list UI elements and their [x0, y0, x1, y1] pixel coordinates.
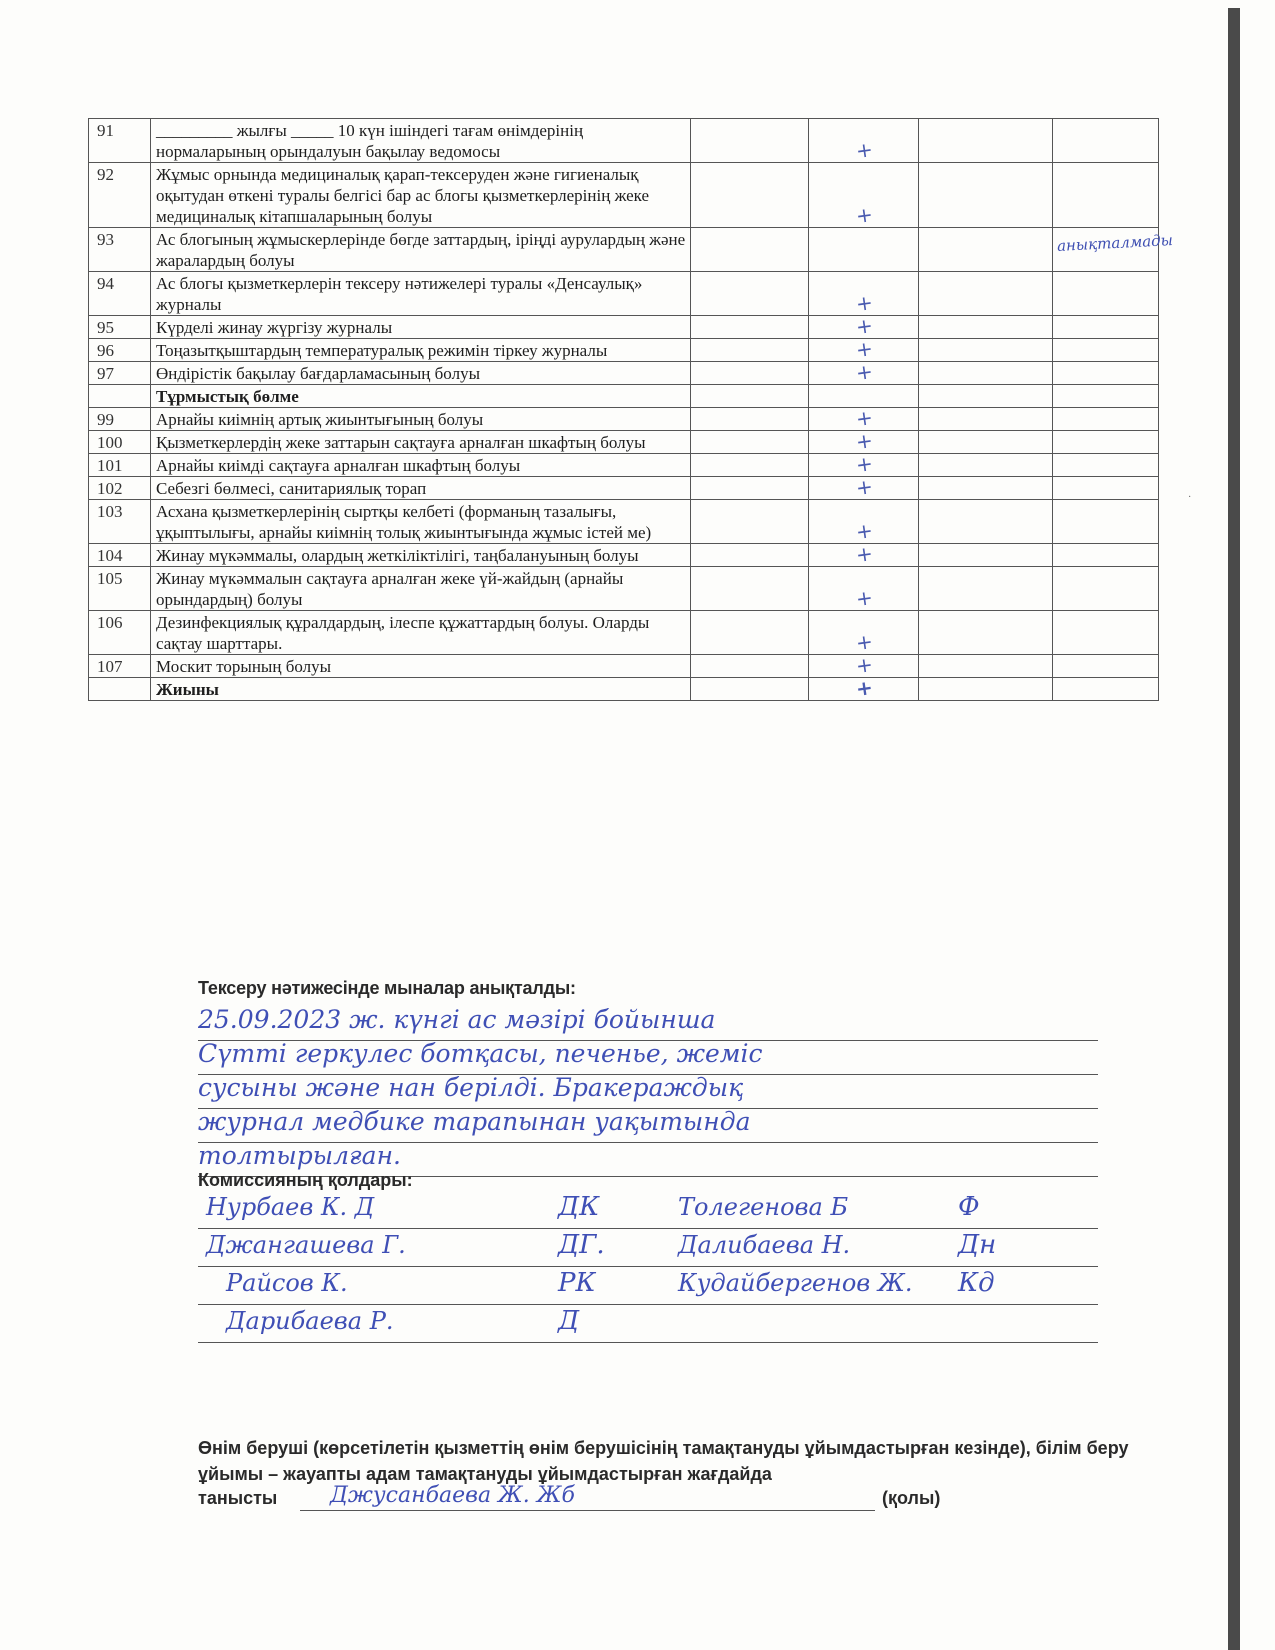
- table-row: 104Жинау мүкәммалы, олардың жеткіліктілі…: [89, 544, 1159, 567]
- mark-cell[interactable]: [1053, 500, 1159, 544]
- mark-cell[interactable]: [1053, 119, 1159, 163]
- mark-cell[interactable]: [1053, 272, 1159, 316]
- row-number: 91: [89, 119, 151, 163]
- mark-cell[interactable]: [919, 228, 1053, 272]
- mark-cell[interactable]: +: [809, 408, 919, 431]
- mark-cell[interactable]: [691, 678, 809, 701]
- plus-mark-icon: +: [854, 678, 873, 698]
- mark-cell[interactable]: +: [809, 119, 919, 163]
- mark-cell[interactable]: [691, 408, 809, 431]
- section-row: Тұрмыстық бөлме: [89, 385, 1159, 408]
- mark-cell[interactable]: анықталмады: [1053, 228, 1159, 272]
- mark-cell[interactable]: [919, 385, 1053, 408]
- mark-cell[interactable]: [691, 316, 809, 339]
- row-criterion: Тұрмыстық бөлме: [151, 385, 691, 408]
- mark-cell[interactable]: [919, 611, 1053, 655]
- row-number: 106: [89, 611, 151, 655]
- table-row: 99Арнайы киімнің артық жиынтығының болуы…: [89, 408, 1159, 431]
- table-row: 101Арнайы киімді сақтауға арналған шкафт…: [89, 454, 1159, 477]
- row-number: [89, 385, 151, 408]
- mark-cell[interactable]: [809, 228, 919, 272]
- mark-cell[interactable]: [919, 655, 1053, 678]
- member-signature: Кд: [958, 1262, 995, 1304]
- row-number: 101: [89, 454, 151, 477]
- plus-mark-icon: +: [854, 408, 873, 428]
- mark-cell[interactable]: [1053, 477, 1159, 500]
- row-criterion: Өндірістік бақылау бағдарламасының болуы: [151, 362, 691, 385]
- table-row: 91_________ жылғы _____ 10 күн ішіндегі …: [89, 119, 1159, 163]
- member-signature: ДК: [558, 1186, 599, 1228]
- row-criterion: Күрделі жинау жүргізу журналы: [151, 316, 691, 339]
- member-name: Дарибаева Р.: [226, 1300, 393, 1342]
- mark-cell[interactable]: [919, 119, 1053, 163]
- member-signature: Дн: [958, 1224, 996, 1266]
- scan-edge-shadow: [1228, 8, 1240, 1650]
- mark-cell[interactable]: [691, 454, 809, 477]
- mark-cell[interactable]: [691, 339, 809, 362]
- row-criterion: _________ жылғы _____ 10 күн ішіндегі та…: [151, 119, 691, 163]
- plus-mark-icon: +: [854, 339, 873, 359]
- row-criterion: Жиыны: [151, 678, 691, 701]
- mark-cell[interactable]: [919, 362, 1053, 385]
- mark-cell[interactable]: [691, 272, 809, 316]
- handwritten-note: анықталмады: [1057, 231, 1174, 255]
- table-row: 102Себезгі бөлмесі, санитариялық торап+: [89, 477, 1159, 500]
- mark-cell[interactable]: [691, 385, 809, 408]
- plus-mark-icon: +: [854, 362, 873, 382]
- row-number: 107: [89, 655, 151, 678]
- plus-mark-icon: +: [854, 140, 873, 160]
- mark-cell[interactable]: [1053, 339, 1159, 362]
- mark-cell[interactable]: [691, 362, 809, 385]
- row-number: 94: [89, 272, 151, 316]
- plus-mark-icon: +: [854, 632, 873, 652]
- row-criterion: Москит торының болуы: [151, 655, 691, 678]
- mark-cell[interactable]: +: [809, 339, 919, 362]
- row-number: 97: [89, 362, 151, 385]
- mark-cell[interactable]: +: [809, 362, 919, 385]
- mark-cell[interactable]: [919, 544, 1053, 567]
- row-number: 92: [89, 163, 151, 228]
- signature-label: (қолы): [882, 1488, 940, 1509]
- mark-cell[interactable]: +: [809, 655, 919, 678]
- row-criterion: Асхана қызметкерлерінің сыртқы келбеті (…: [151, 500, 691, 544]
- table-row: 107Москит торының болуы+: [89, 655, 1159, 678]
- mark-cell[interactable]: [691, 544, 809, 567]
- row-criterion: Жұмыс орнында медициналық қарап-тексеруд…: [151, 163, 691, 228]
- mark-cell[interactable]: [691, 500, 809, 544]
- table-row: 92Жұмыс орнында медициналық қарап-тексер…: [89, 163, 1159, 228]
- mark-cell[interactable]: [919, 272, 1053, 316]
- mark-cell[interactable]: +: [809, 272, 919, 316]
- mark-cell[interactable]: [1053, 655, 1159, 678]
- row-criterion: Тоңазытқыштардың температуралық режимін …: [151, 339, 691, 362]
- row-criterion: Ас блогы қызметкерлерін тексеру нәтижеле…: [151, 272, 691, 316]
- mark-cell[interactable]: [691, 119, 809, 163]
- mark-cell[interactable]: [1053, 385, 1159, 408]
- plus-mark-icon: +: [854, 588, 873, 608]
- row-number: 103: [89, 500, 151, 544]
- acknowledged-signature-field[interactable]: Джусанбаева Ж. Жб: [300, 1484, 875, 1511]
- row-criterion: Жинау мүкәммалы, олардың жеткіліктілігі,…: [151, 544, 691, 567]
- mark-cell[interactable]: [691, 611, 809, 655]
- row-number: 99: [89, 408, 151, 431]
- mark-cell[interactable]: [809, 385, 919, 408]
- mark-cell[interactable]: [1053, 678, 1159, 701]
- member-signature: Ф: [958, 1186, 980, 1228]
- mark-cell[interactable]: [919, 316, 1053, 339]
- mark-cell[interactable]: [691, 567, 809, 611]
- member-name: Толегенова Б: [678, 1186, 848, 1228]
- signature-row: Джангашева Г.ДГ.Далибаева Н.Дн: [198, 1224, 1098, 1267]
- acknowledged-label: танысты: [198, 1488, 277, 1509]
- mark-cell[interactable]: [919, 163, 1053, 228]
- mark-cell[interactable]: [919, 500, 1053, 544]
- mark-cell[interactable]: [919, 431, 1053, 454]
- row-criterion: Ас блогының жұмыскерлерінде бөгде заттар…: [151, 228, 691, 272]
- row-number: 102: [89, 477, 151, 500]
- mark-cell[interactable]: [1053, 431, 1159, 454]
- member-signature: Д: [558, 1300, 579, 1342]
- row-criterion: Қызметкерлердің жеке заттарын сақтауға а…: [151, 431, 691, 454]
- mark-cell[interactable]: +: [809, 316, 919, 339]
- member-name: Далибаева Н.: [678, 1224, 850, 1266]
- row-number: 93: [89, 228, 151, 272]
- mark-cell[interactable]: +: [809, 567, 919, 611]
- plus-mark-icon: +: [854, 521, 873, 541]
- plus-mark-icon: +: [854, 431, 873, 451]
- plus-mark-icon: +: [854, 477, 873, 497]
- table-row: 93Ас блогының жұмыскерлерінде бөгде затт…: [89, 228, 1159, 272]
- mark-cell[interactable]: +: [809, 611, 919, 655]
- member-name: Райсов К.: [226, 1262, 348, 1304]
- mark-cell[interactable]: +: [809, 431, 919, 454]
- mark-cell[interactable]: [1053, 316, 1159, 339]
- signature-row: Райсов К.РККудайбергенов Ж.Кд: [198, 1262, 1098, 1305]
- row-criterion: Арнайы киімнің артық жиынтығының болуы: [151, 408, 691, 431]
- plus-mark-icon: +: [854, 544, 873, 564]
- member-signature: РК: [558, 1262, 596, 1304]
- row-criterion: Себезгі бөлмесі, санитариялық торап: [151, 477, 691, 500]
- mark-cell[interactable]: [1053, 362, 1159, 385]
- findings-heading: Тексеру нәтижесінде мыналар анықталды:: [198, 978, 576, 999]
- row-number: [89, 678, 151, 701]
- mark-cell[interactable]: [1053, 611, 1159, 655]
- total-row: Жиыны+: [89, 678, 1159, 701]
- mark-cell[interactable]: +: [809, 454, 919, 477]
- member-name: Нурбаев К. Д: [206, 1186, 374, 1228]
- inspection-checklist-table: 91_________ жылғы _____ 10 күн ішіндегі …: [88, 118, 1159, 701]
- mark-cell[interactable]: +: [809, 544, 919, 567]
- row-criterion: Жинау мүкәммалын сақтауға арналған жеке …: [151, 567, 691, 611]
- mark-cell[interactable]: [919, 477, 1053, 500]
- member-name: Кудайбергенов Ж.: [678, 1262, 912, 1304]
- mark-cell[interactable]: [919, 408, 1053, 431]
- mark-cell[interactable]: [919, 567, 1053, 611]
- table-row: 103Асхана қызметкерлерінің сыртқы келбет…: [89, 500, 1159, 544]
- signature-row: Дарибаева Р.Д: [198, 1300, 1098, 1343]
- mark-cell[interactable]: [1053, 454, 1159, 477]
- table-row: 105Жинау мүкәммалын сақтауға арналған же…: [89, 567, 1159, 611]
- acknowledged-name: Джусанбаева Ж. Жб: [330, 1483, 575, 1508]
- row-number: 96: [89, 339, 151, 362]
- table-row: 95Күрделі жинау жүргізу журналы+: [89, 316, 1159, 339]
- mark-cell[interactable]: [691, 228, 809, 272]
- plus-mark-icon: +: [854, 293, 873, 313]
- mark-cell[interactable]: [691, 163, 809, 228]
- scan-speck: ·: [1188, 492, 1191, 503]
- plus-mark-icon: +: [854, 205, 873, 225]
- row-number: 95: [89, 316, 151, 339]
- plus-mark-icon: +: [854, 655, 873, 675]
- member-name: Джангашева Г.: [206, 1224, 406, 1266]
- mark-cell[interactable]: [691, 431, 809, 454]
- plus-mark-icon: +: [854, 454, 873, 474]
- row-number: 105: [89, 567, 151, 611]
- mark-cell[interactable]: +: [809, 477, 919, 500]
- row-number: 104: [89, 544, 151, 567]
- mark-cell[interactable]: +: [809, 500, 919, 544]
- table-row: 94Ас блогы қызметкерлерін тексеру нәтиже…: [89, 272, 1159, 316]
- mark-cell[interactable]: +: [809, 163, 919, 228]
- mark-cell[interactable]: [691, 477, 809, 500]
- provider-statement: Өнім беруші (көрсетілетін қызметтің өнім…: [198, 1435, 1138, 1487]
- mark-cell[interactable]: [919, 454, 1053, 477]
- mark-cell[interactable]: [1053, 163, 1159, 228]
- table-row: 97Өндірістік бақылау бағдарламасының бол…: [89, 362, 1159, 385]
- mark-cell[interactable]: [919, 678, 1053, 701]
- table-row: 106Дезинфекциялық құралдардың, ілеспе құ…: [89, 611, 1159, 655]
- mark-cell[interactable]: [691, 655, 809, 678]
- mark-cell[interactable]: [1053, 544, 1159, 567]
- mark-cell[interactable]: [919, 339, 1053, 362]
- mark-cell[interactable]: [1053, 408, 1159, 431]
- row-criterion: Арнайы киімді сақтауға арналған шкафтың …: [151, 454, 691, 477]
- mark-cell[interactable]: +: [809, 678, 919, 701]
- row-number: 100: [89, 431, 151, 454]
- mark-cell[interactable]: [1053, 567, 1159, 611]
- table-row: 96Тоңазытқыштардың температуралық режимі…: [89, 339, 1159, 362]
- signature-row: Нурбаев К. ДДКТолегенова БФ: [198, 1186, 1098, 1229]
- member-signature: ДГ.: [558, 1224, 605, 1266]
- table-row: 100Қызметкерлердің жеке заттарын сақтауғ…: [89, 431, 1159, 454]
- plus-mark-icon: +: [854, 316, 873, 336]
- row-criterion: Дезинфекциялық құралдардың, ілеспе құжат…: [151, 611, 691, 655]
